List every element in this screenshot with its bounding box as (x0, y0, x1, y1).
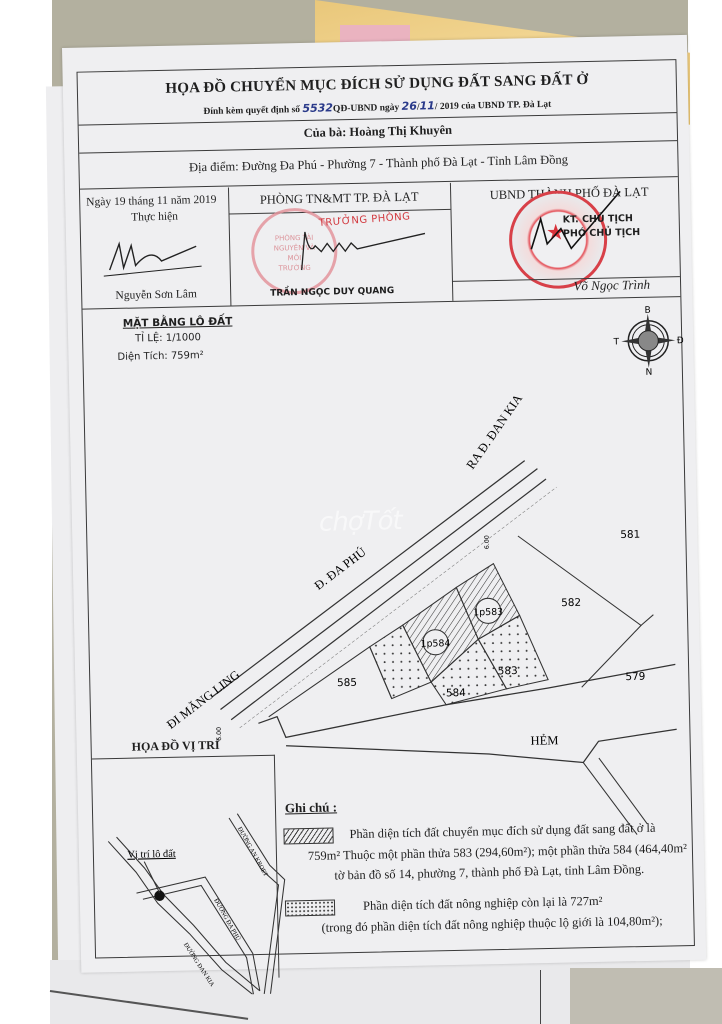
parcel-label: 584 (446, 687, 467, 699)
location-box (92, 755, 280, 982)
dots-legend-icon (285, 899, 335, 916)
parcel-label: 582 (561, 597, 581, 609)
parcel-label: 1p584 (420, 638, 450, 650)
parcel-label: 581 (620, 529, 640, 541)
document-frame: HỌA ĐỒ CHUYỂN MỤC ĐÍCH SỬ DỤNG ĐẤT SANG … (76, 59, 694, 958)
parcel-label: 583 (498, 665, 518, 677)
land-plan-document: HỌA ĐỒ CHUYỂN MỤC ĐÍCH SỬ DỤNG ĐẤT SANG … (62, 35, 706, 973)
parcel-label: 579 (625, 671, 645, 683)
notes-title: Ghi chú : (285, 799, 337, 816)
watermark: chợTốt (319, 506, 402, 538)
road-label-dan-kia: RA Đ. ĐAN KIA (464, 392, 526, 472)
location-title: HỌA ĐỒ VỊ TRÍ (132, 738, 220, 755)
parcel-label: 1p583 (473, 607, 503, 619)
road-width: 6.00 (484, 535, 491, 549)
hatch-legend-icon (283, 827, 333, 844)
road-label-mang-ling: ĐI MĂNG LING (164, 668, 242, 732)
road-label-alley: HẺM (530, 733, 558, 748)
parcel-label: 585 (337, 677, 357, 689)
